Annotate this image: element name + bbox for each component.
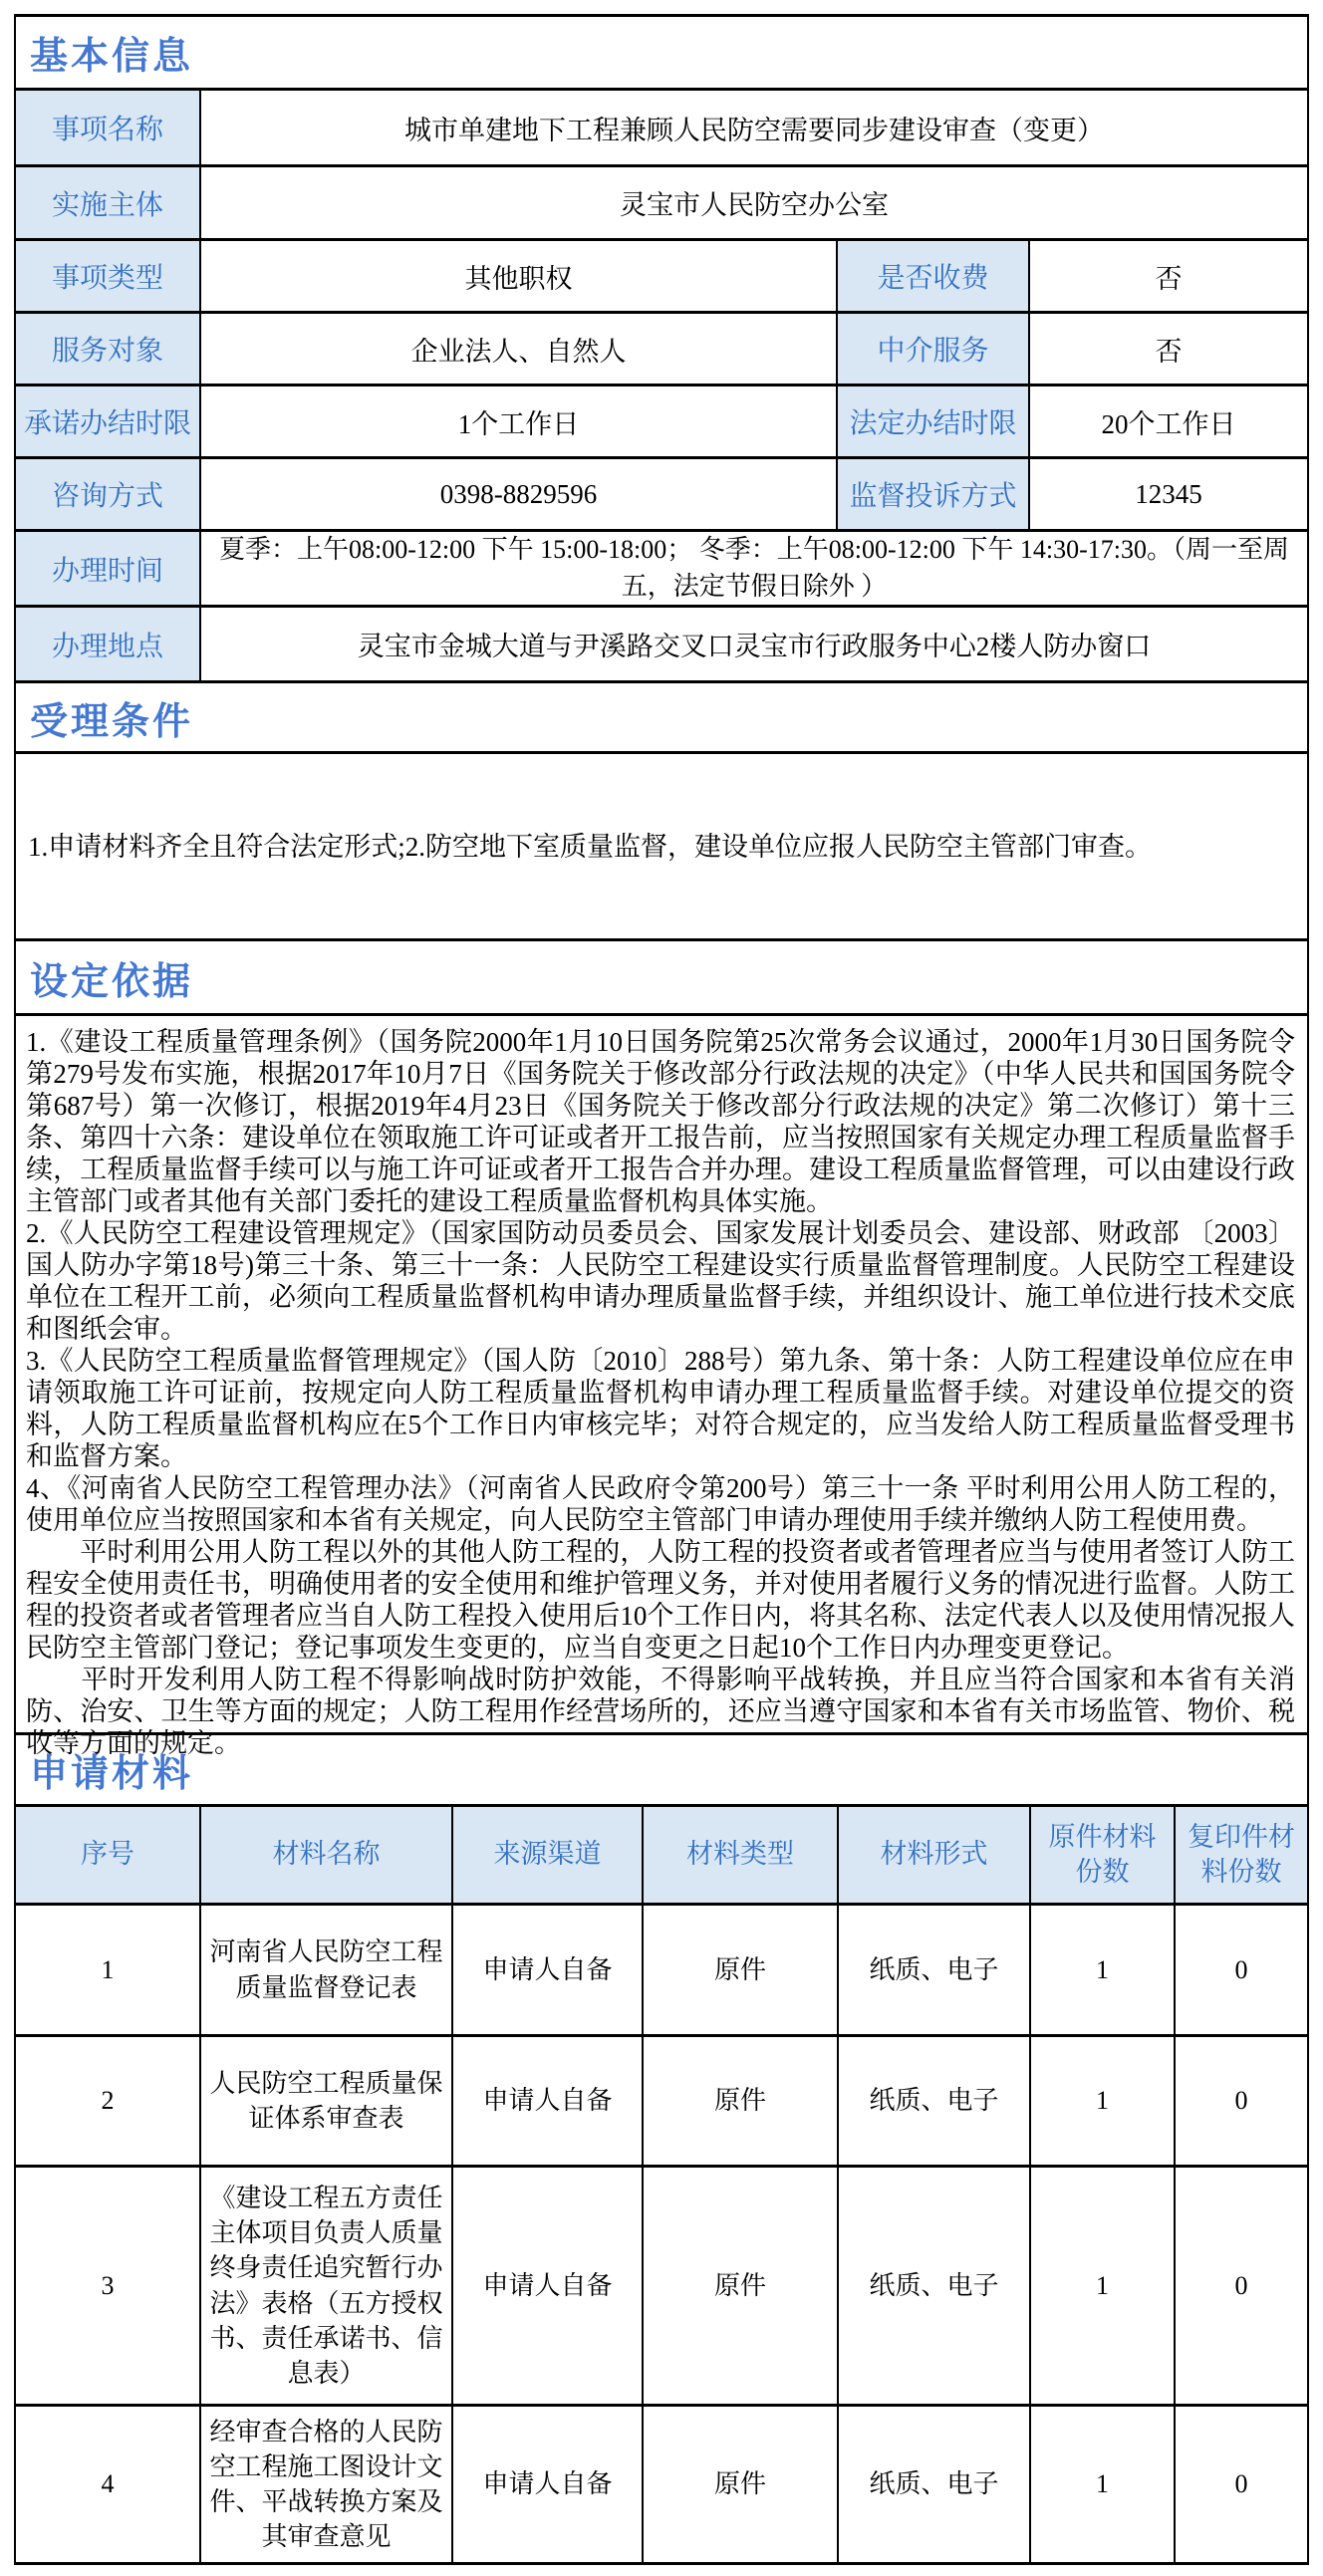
service-info-page: 基本信息 事项名称 城市单建地下工程兼顾人民防空需要同步建设审查（变更） 实施主…	[14, 14, 1309, 2565]
materials-table: 序号 材料名称 来源渠道 材料类型 材料形式 原件材料份数 复印件材料份数 1 …	[14, 1804, 1309, 2565]
materials-row1-form: 纸质、电子	[837, 1903, 1029, 2034]
materials-row3-form: 纸质、电子	[837, 2165, 1029, 2404]
field-label-consultation-method: 咨询方式	[16, 456, 199, 529]
field-value-complaint-hotline: 12345	[1028, 456, 1307, 529]
materials-row4-source: 申请人自备	[451, 2404, 642, 2562]
field-label-service-target: 服务对象	[16, 311, 199, 384]
field-label-complaint-method: 监督投诉方式	[836, 456, 1028, 529]
materials-row4-form: 纸质、电子	[837, 2404, 1029, 2562]
materials-row4-seq: 4	[16, 2404, 199, 2562]
materials-header-name: 材料名称	[199, 1807, 451, 1903]
materials-header-photocopy-copies: 复印件材料份数	[1174, 1807, 1307, 1903]
field-value-implementing-body: 灵宝市人民防空办公室	[199, 164, 1307, 238]
field-value-item-type: 其他职权	[199, 238, 836, 311]
basis-paragraph-2: 2.《人民防空工程建设管理规定》（国家国防动员委员会、国家发展计划委员会、建设部…	[26, 1217, 1295, 1345]
materials-row4-original-copies: 1	[1029, 2404, 1174, 2562]
materials-row2-original-copies: 1	[1029, 2034, 1174, 2165]
section-title-basic-info: 基本信息	[14, 14, 1309, 88]
field-value-office-hours: 夏季：上午08:00-12:00 下午 15:00-18:00； 冬季：上午08…	[199, 529, 1307, 605]
field-label-item-type: 事项类型	[16, 238, 199, 311]
materials-row1-original-copies: 1	[1029, 1903, 1174, 2034]
materials-row1-photocopy-copies: 0	[1174, 1903, 1307, 2034]
section-title-legal-basis: 设定依据	[14, 938, 1309, 1013]
legal-basis-text: 1.《建设工程质量管理条例》（国务院2000年1月10日国务院第25次常务会议通…	[14, 1013, 1309, 1732]
field-value-item-name: 城市单建地下工程兼顾人民防空需要同步建设审查（变更）	[199, 91, 1307, 164]
acceptance-conditions-text: 1.申请材料齐全且符合法定形式;2.防空地下室质量监督，建设单位应报人民防空主管…	[14, 751, 1309, 938]
materials-header-source: 来源渠道	[451, 1807, 642, 1903]
materials-row4-name: 经审查合格的人民防空工程施工图设计文件、平战转换方案及其审查意见	[199, 2404, 451, 2562]
materials-row3-seq: 3	[16, 2165, 199, 2404]
field-value-service-target: 企业法人、自然人	[199, 311, 836, 384]
materials-row4-type: 原件	[642, 2404, 837, 2562]
field-value-fee-charged: 否	[1028, 238, 1307, 311]
materials-row3-source: 申请人自备	[451, 2165, 642, 2404]
materials-header-seq: 序号	[16, 1807, 199, 1903]
basis-paragraph-1: 1.《建设工程质量管理条例》（国务院2000年1月10日国务院第25次常务会议通…	[26, 1026, 1295, 1217]
basis-paragraph-5: 平时利用公用人防工程以外的其他人防工程的，人防工程的投资者或者管理者应当与使用者…	[26, 1536, 1295, 1664]
materials-row3-photocopy-copies: 0	[1174, 2165, 1307, 2404]
field-value-office-location: 灵宝市金城大道与尹溪路交叉口灵宝市行政服务中心2楼人防办窗口	[199, 605, 1307, 680]
field-label-item-name: 事项名称	[16, 91, 199, 164]
materials-header-type: 材料类型	[642, 1807, 837, 1903]
materials-row2-source: 申请人自备	[451, 2034, 642, 2165]
materials-row3-type: 原件	[642, 2165, 837, 2404]
field-label-fee-charged: 是否收费	[836, 238, 1028, 311]
basis-paragraph-3: 3.《人民防空工程质量监督管理规定》（国人防〔2010〕288号）第九条、第十条…	[26, 1345, 1295, 1472]
materials-header-original-copies: 原件材料份数	[1029, 1807, 1174, 1903]
field-label-implementing-body: 实施主体	[16, 164, 199, 238]
field-value-consultation-phone: 0398-8829596	[199, 456, 836, 529]
field-label-promised-time-limit: 承诺办结时限	[16, 384, 199, 456]
basic-info-table: 事项名称 城市单建地下工程兼顾人民防空需要同步建设审查（变更） 实施主体 灵宝市…	[14, 88, 1309, 680]
materials-row2-name: 人民防空工程质量保证体系审查表	[199, 2034, 451, 2165]
materials-row3-original-copies: 1	[1029, 2165, 1174, 2404]
field-label-statutory-time-limit: 法定办结时限	[836, 384, 1028, 456]
basis-paragraph-4: 4、《河南省人民防空工程管理办法》（河南省人民政府令第200号）第三十一条 平时…	[26, 1472, 1295, 1536]
materials-row1-seq: 1	[16, 1903, 199, 2034]
materials-row2-photocopy-copies: 0	[1174, 2034, 1307, 2165]
materials-row2-seq: 2	[16, 2034, 199, 2165]
field-value-promised-time-limit: 1个工作日	[199, 384, 836, 456]
materials-row1-source: 申请人自备	[451, 1903, 642, 2034]
materials-row4-photocopy-copies: 0	[1174, 2404, 1307, 2562]
field-label-office-location: 办理地点	[16, 605, 199, 680]
materials-row3-name: 《建设工程五方责任主体项目负责人质量终身责任追究暂行办法》表格（五方授权书、责任…	[199, 2165, 451, 2404]
field-label-office-hours: 办理时间	[16, 529, 199, 605]
materials-row2-type: 原件	[642, 2034, 837, 2165]
materials-row1-type: 原件	[642, 1903, 837, 2034]
field-label-intermediary-service: 中介服务	[836, 311, 1028, 384]
materials-row2-form: 纸质、电子	[837, 2034, 1029, 2165]
section-title-acceptance-conditions: 受理条件	[14, 680, 1309, 751]
materials-row1-name: 河南省人民防空工程质量监督登记表	[199, 1903, 451, 2034]
materials-header-form: 材料形式	[837, 1807, 1029, 1903]
field-value-intermediary-service: 否	[1028, 311, 1307, 384]
field-value-statutory-time-limit: 20个工作日	[1028, 384, 1307, 456]
